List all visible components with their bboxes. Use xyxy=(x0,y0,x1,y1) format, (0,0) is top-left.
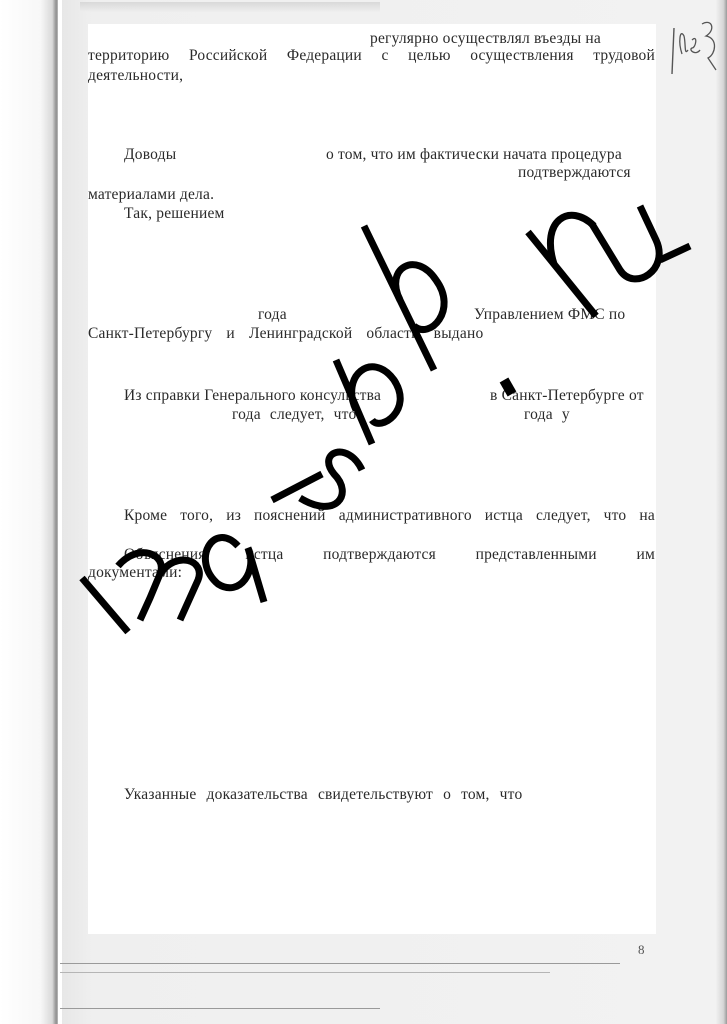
text-line: Указанные доказательства свидетельствуют… xyxy=(124,786,522,804)
text-line: Объяснения истца подтверждаются представ… xyxy=(124,546,655,564)
scan-rule xyxy=(60,1008,380,1009)
scan-right-edge xyxy=(715,0,727,1024)
scan-smudge xyxy=(80,2,380,12)
text-line: подтверждаются xyxy=(518,164,631,182)
text-line: материалами дела. xyxy=(88,186,214,204)
text-line: территорию Российской Федерации с целью … xyxy=(88,47,655,65)
text-line: года у xyxy=(524,406,570,424)
scan-rule xyxy=(60,963,620,964)
text-line: года следует, что xyxy=(232,406,356,424)
text-line: о том, что им фактически начата процедур… xyxy=(326,146,622,164)
text-line: Управлением ФМС по xyxy=(474,306,625,324)
text-line: Из справки Генерального консульства xyxy=(124,387,381,405)
text-line: Кроме того, из пояснений административно… xyxy=(124,507,655,525)
text-line: Доводы xyxy=(124,146,176,164)
text-line: Так, решением xyxy=(124,205,225,223)
page-number: 8 xyxy=(638,942,645,958)
text-line: документами: xyxy=(88,564,182,582)
handwritten-number-mark xyxy=(668,14,720,76)
text-line: деятельности, xyxy=(88,67,183,85)
scan-rule xyxy=(60,972,550,973)
text-line: Санкт-Петербургу и Ленинградской области… xyxy=(88,325,483,343)
text-line: года xyxy=(258,306,287,324)
text-line: регулярно осуществлял въезды на xyxy=(370,30,655,48)
scan-left-margin xyxy=(0,0,58,1024)
text: регулярно осуществлял въезды на xyxy=(370,30,601,48)
text-line: в Санкт-Петербурге от xyxy=(490,387,644,405)
